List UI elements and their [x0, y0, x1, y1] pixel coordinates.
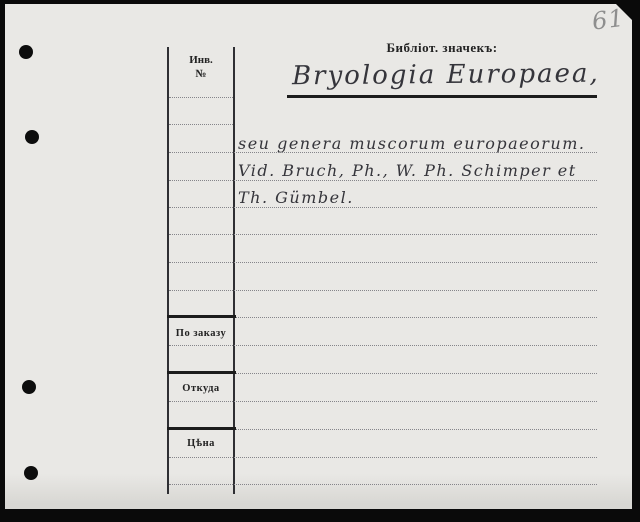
inventory-number-label: Инв. №: [168, 53, 234, 81]
ruled-line-dotted: [169, 124, 233, 125]
handwritten-line: Vid. Bruch, Ph., W. Ph. Schimper et: [238, 161, 598, 180]
ruled-line-dotted: [169, 262, 597, 263]
pencil-page-number: 61: [590, 2, 637, 35]
ruled-line-dotted: [236, 317, 597, 318]
inventory-label-line2: №: [195, 68, 206, 80]
section-label-po-zakazu: По заказу: [168, 328, 234, 339]
handwritten-line: Th. Gümbel.: [238, 188, 598, 207]
ruled-line-dotted: [169, 401, 597, 402]
ruled-line-dotted: [236, 373, 597, 374]
section-divider-thick: [167, 371, 236, 374]
ruled-line-dotted: [169, 97, 233, 98]
handwritten-line: seu genera muscorum europaeorum.: [238, 134, 598, 153]
section-label-tsena: Цѣна: [168, 438, 234, 449]
section-divider-thick: [167, 427, 236, 430]
library-mark-header: Библіот. значекъ:: [352, 40, 532, 56]
ruled-line-dotted: [169, 152, 597, 153]
ruled-line-dotted: [169, 290, 597, 291]
punch-hole: [24, 466, 38, 480]
inventory-label-line1: Инв.: [189, 54, 213, 66]
section-divider-thick: [167, 315, 236, 318]
ruled-line-dotted: [169, 180, 597, 181]
scanned-catalog-card: 61 Библіот. значекъ: Bryologia Europaea,…: [0, 0, 640, 522]
ruled-line-dotted: [169, 234, 597, 235]
ruled-line-dotted: [169, 345, 597, 346]
title-underline: [287, 95, 597, 98]
ruled-line-dotted: [169, 207, 597, 208]
punch-hole: [22, 380, 36, 394]
punch-hole: [19, 45, 33, 59]
punch-hole: [25, 130, 39, 144]
section-label-otkuda: Откуда: [168, 383, 234, 394]
ruled-line-dotted: [169, 457, 597, 458]
ruled-line-dotted: [169, 484, 597, 485]
handwritten-title: Bryologia Europaea,: [292, 59, 592, 92]
ruled-line-dotted: [236, 429, 597, 430]
